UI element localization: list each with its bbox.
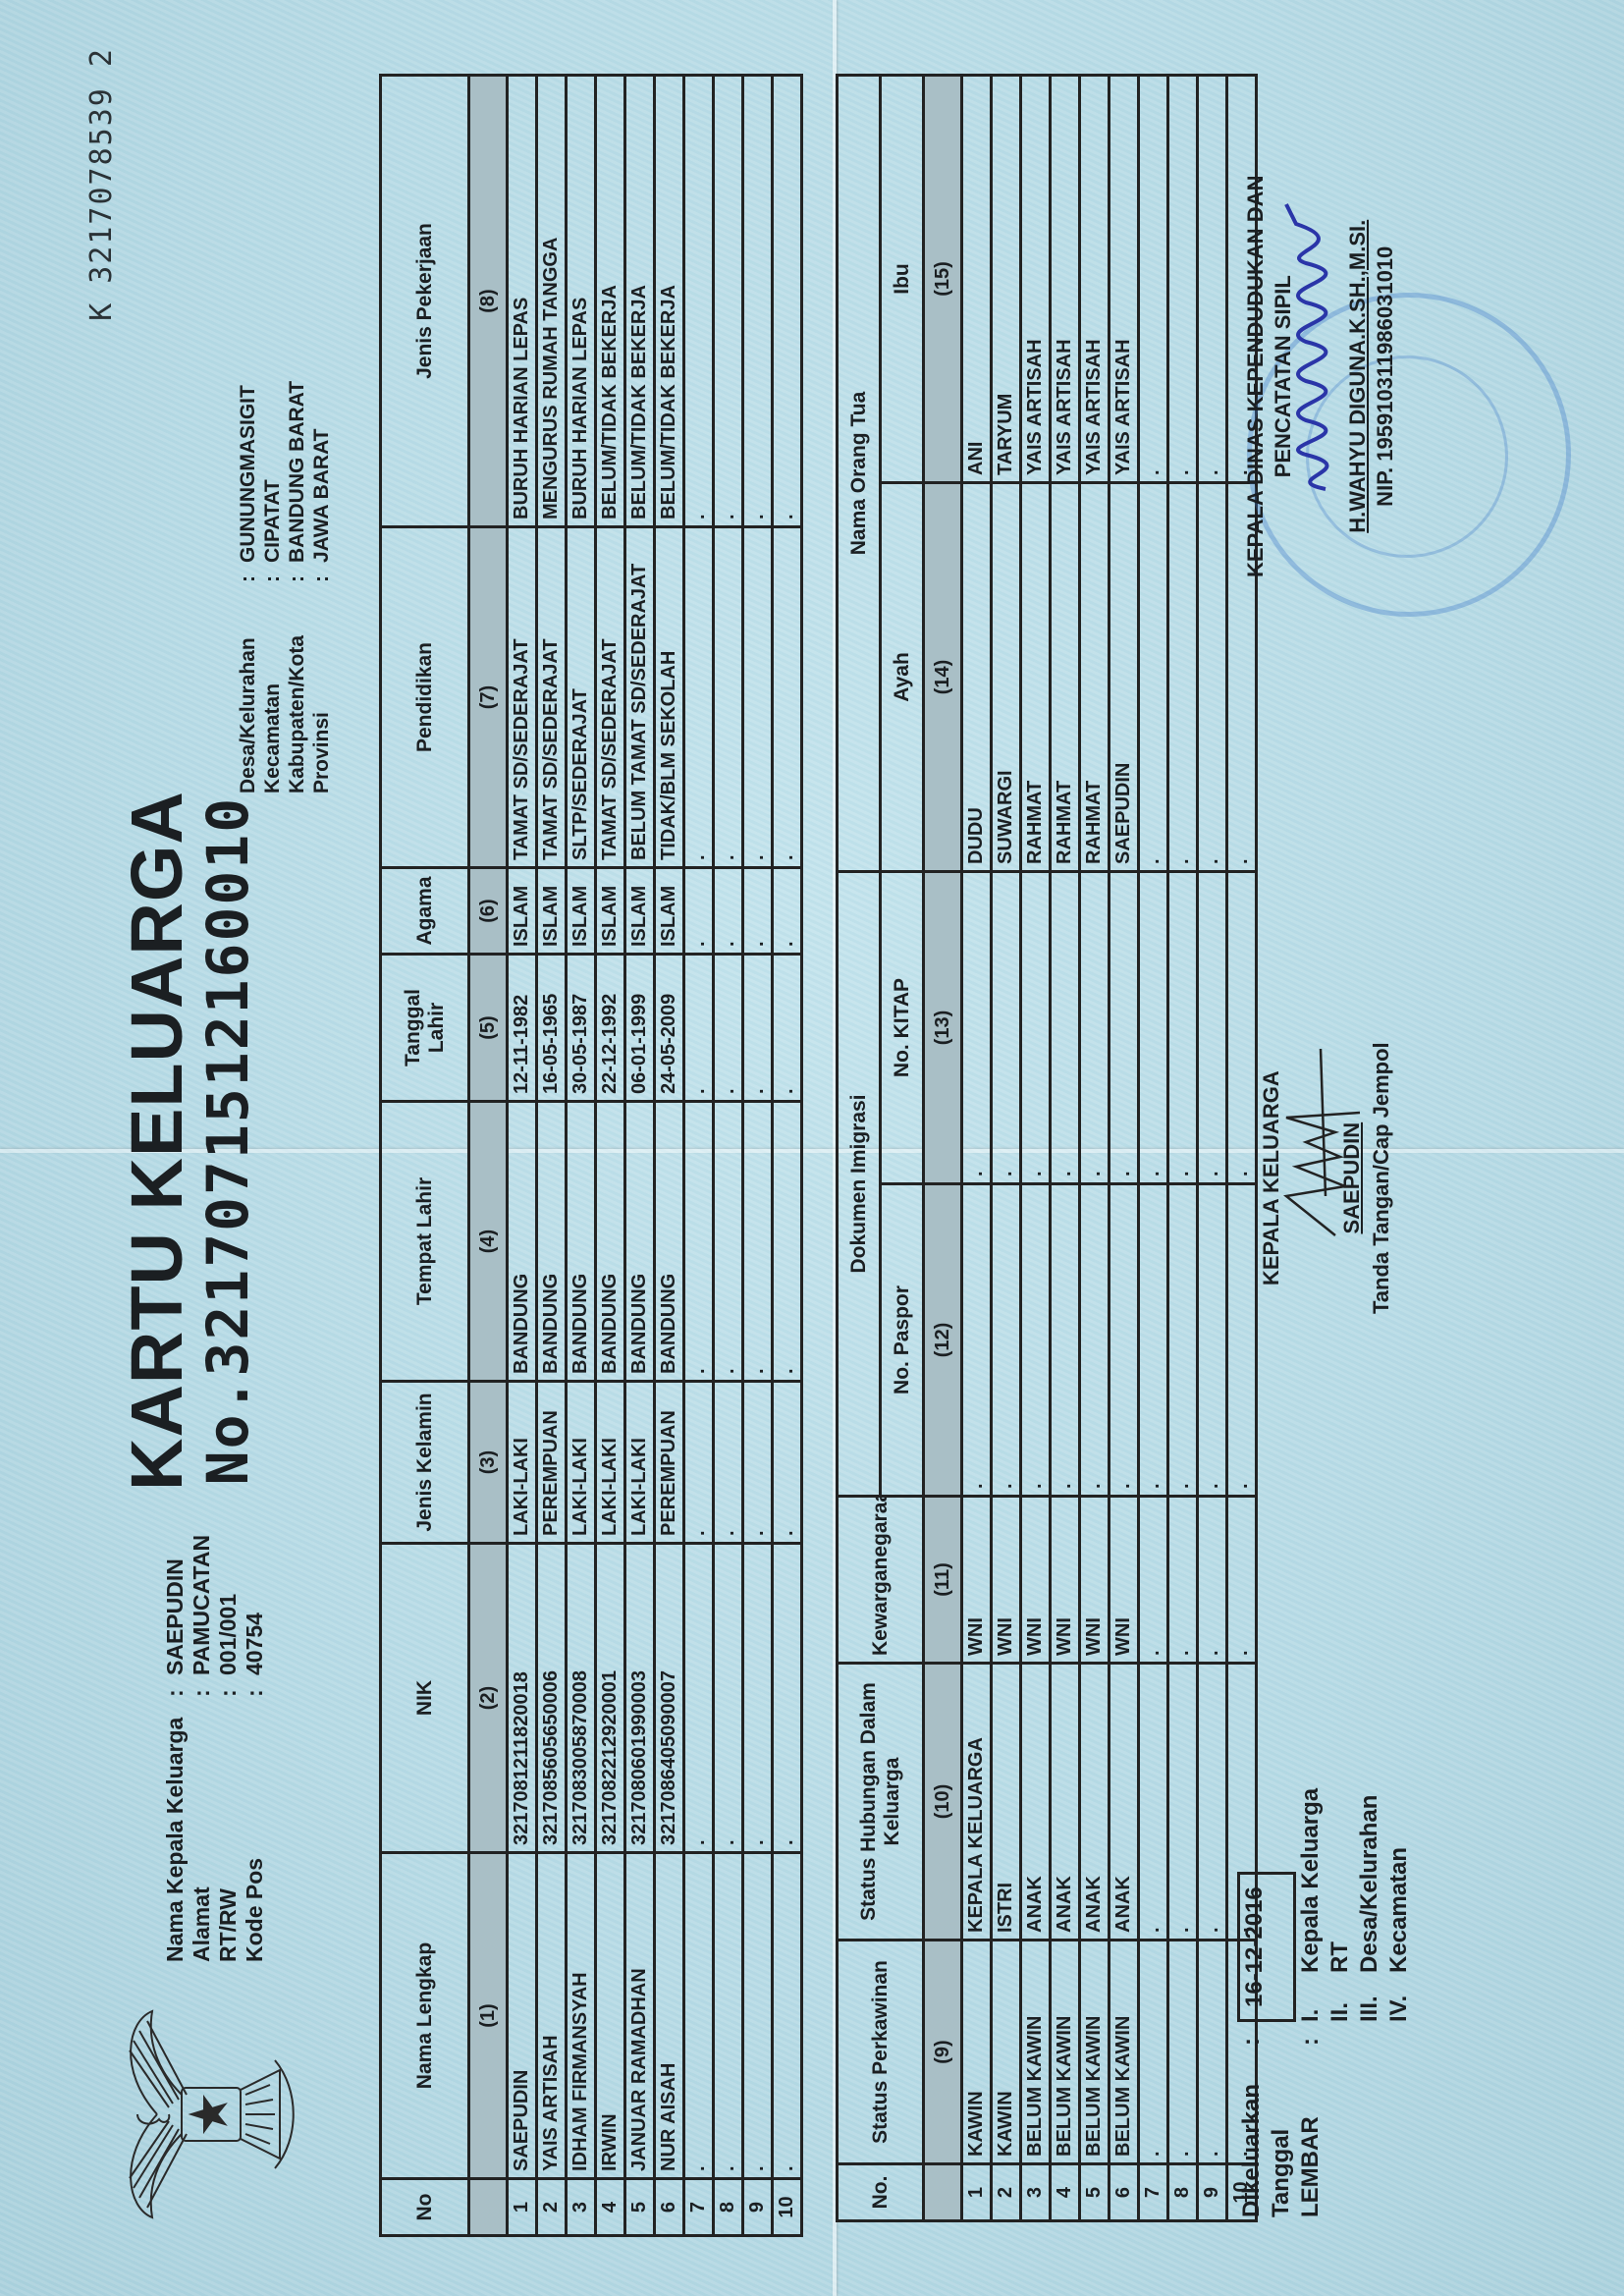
handwritten-signature-icon — [1267, 1029, 1375, 1255]
field-row: Kecamatan:CIPATAT — [260, 381, 285, 793]
table-row: 10........ — [773, 76, 802, 2236]
row-number: 9 — [1198, 2164, 1227, 2221]
kitap-cell: . — [1051, 872, 1080, 1184]
family-relation-cell: ANAK — [1080, 1664, 1110, 1941]
row-number: 5 — [1080, 2164, 1110, 2221]
birthdate-cell: . — [714, 955, 743, 1102]
table-row: 1SAEPUDIN3217081211820018LAKI-LAKIBANDUN… — [508, 76, 537, 2236]
table-row: 6BELUM KAWINANAKWNI..SAEPUDINYAIS ARTISA… — [1110, 75, 1139, 2220]
father-name-cell: DUDU — [962, 483, 992, 872]
mother-name-cell: YAIS ARTISAH — [1021, 75, 1051, 482]
father-name-cell: . — [1198, 483, 1227, 872]
religion-cell: ISLAM — [655, 868, 684, 955]
nik-cell: 3217086405090007 — [655, 1544, 684, 1853]
row-number: 3 — [567, 2179, 596, 2236]
row-number: 9 — [743, 2179, 773, 2236]
family-relation-cell: . — [1168, 1664, 1198, 1941]
table-row: 4IRWIN3217082212920001LAKI-LAKIBANDUNG22… — [596, 76, 625, 2236]
table-row: 7....... — [1139, 75, 1168, 2220]
table-header-row: No Nama Lengkap NIK Jenis Kelamin Tempat… — [381, 76, 469, 2236]
religion-cell: ISLAM — [508, 868, 537, 955]
passport-cell: . — [1051, 1184, 1080, 1497]
birthplace-cell: BANDUNG — [625, 1102, 655, 1382]
family-relation-cell: . — [1198, 1664, 1227, 1941]
religion-cell: ISLAM — [567, 868, 596, 955]
full-name-cell: . — [743, 1853, 773, 2179]
serial-number: K3217078539 2 — [84, 47, 119, 321]
birthplace-cell: BANDUNG — [655, 1102, 684, 1382]
head-name-value: SAEPUDIN — [162, 1558, 189, 1675]
citizenship-cell: WNI — [1051, 1497, 1080, 1664]
kitap-cell: . — [992, 872, 1021, 1184]
occupation-cell: . — [714, 76, 743, 527]
education-cell: TIDAK/BLM SEKOLAH — [655, 527, 684, 868]
family-relation-cell: ANAK — [1110, 1664, 1139, 1941]
row-number: 8 — [714, 2179, 743, 2236]
issued-date-row: Dikeluarkan Tanggal: 16-12-2016 — [1237, 1788, 1296, 2217]
mother-name-cell: YAIS ARTISAH — [1080, 75, 1110, 482]
marital-status-cell: KAWIN — [992, 1941, 1021, 2164]
citizenship-cell: . — [1198, 1497, 1227, 1664]
gender-cell: . — [684, 1382, 714, 1544]
lembar-row: II.RT — [1326, 1788, 1355, 2217]
family-members-table: No Nama Lengkap NIK Jenis Kelamin Tempat… — [379, 74, 803, 2237]
passport-cell: . — [1110, 1184, 1139, 1497]
full-name-cell: NUR AISAH — [655, 1853, 684, 2179]
passport-cell: . — [1080, 1184, 1110, 1497]
religion-cell: . — [773, 868, 802, 955]
field-row: Kode Pos:40754 — [242, 1535, 268, 1962]
table-row: 8....... — [1168, 75, 1198, 2220]
region-info: Desa/Kelurahan:GUNUNGMASIGIT Kecamatan:C… — [236, 381, 334, 793]
document-title-block: KARTU KELUARGA No.3217071512160010 — [118, 791, 259, 1491]
birthdate-cell: 16-05-1965 — [537, 955, 567, 1102]
table-row: 4BELUM KAWINANAKWNI..RAHMATYAIS ARTISAH — [1051, 75, 1080, 2220]
official-signature-icon — [1267, 185, 1375, 499]
kitap-cell: . — [1110, 872, 1139, 1184]
marital-status-cell: BELUM KAWIN — [1021, 1941, 1051, 2164]
family-relation-cell: . — [1139, 1664, 1168, 1941]
occupation-cell: . — [743, 76, 773, 527]
father-name-cell: RAHMAT — [1051, 483, 1080, 872]
field-row: Provinsi:JAWA BARAT — [309, 381, 334, 793]
citizenship-cell: . — [1227, 1497, 1257, 1664]
citizenship-cell: WNI — [1110, 1497, 1139, 1664]
row-number: 3 — [1021, 2164, 1051, 2221]
birthplace-cell: . — [714, 1102, 743, 1382]
table-row: 8........ — [714, 76, 743, 2236]
birthdate-cell: 30-05-1987 — [567, 955, 596, 1102]
citizenship-cell: WNI — [962, 1497, 992, 1664]
gender-cell: . — [743, 1382, 773, 1544]
field-row: Desa/Kelurahan:GUNUNGMASIGIT — [236, 381, 260, 793]
row-number: 7 — [1139, 2164, 1168, 2221]
lembar-row: LEMBAR:I.Kepala Keluarga — [1296, 1788, 1326, 2217]
gender-cell: LAKI-LAKI — [567, 1382, 596, 1544]
row-number: 8 — [1168, 2164, 1198, 2221]
passport-cell: . — [1139, 1184, 1168, 1497]
kitap-cell: . — [1139, 872, 1168, 1184]
field-row: RT/RW:001/001 — [215, 1535, 242, 1962]
parents-group: Nama Orang Tua — [838, 75, 881, 871]
mother-name-cell: YAIS ARTISAH — [1051, 75, 1080, 482]
full-name-cell: JANUAR RAMADHAN — [625, 1853, 655, 2179]
gender-cell: . — [714, 1382, 743, 1544]
column-number-row: (1) (2) (3) (4) (5) (6) (7) (8) — [469, 76, 508, 2236]
father-name-cell: RAHMAT — [1021, 483, 1051, 872]
education-cell: . — [714, 527, 743, 868]
education-cell: TAMAT SD/SEDERAJAT — [508, 527, 537, 868]
religion-cell: . — [743, 868, 773, 955]
full-name-cell: . — [714, 1853, 743, 2179]
full-name-cell: IDHAM FIRMANSYAH — [567, 1853, 596, 2179]
family-relation-cell: ANAK — [1051, 1664, 1080, 1941]
citizenship-cell: WNI — [1021, 1497, 1051, 1664]
kitap-cell: . — [1198, 872, 1227, 1184]
immigration-docs-group: Dokumen Imigrasi — [838, 872, 881, 1497]
passport-cell: . — [1168, 1184, 1198, 1497]
mother-name-cell: . — [1139, 75, 1168, 482]
row-number: 4 — [1051, 2164, 1080, 2221]
table-row: 1KAWINKEPALA KELUARGAWNI..DUDUANI — [962, 75, 992, 2220]
kitap-cell: . — [1227, 872, 1257, 1184]
education-cell: . — [684, 527, 714, 868]
occupation-cell: . — [773, 76, 802, 527]
row-number: 2 — [992, 2164, 1021, 2221]
birthdate-cell: 22-12-1992 — [596, 955, 625, 1102]
mother-name-cell: TARYUM — [992, 75, 1021, 482]
birthplace-cell: . — [684, 1102, 714, 1382]
full-name-cell: YAIS ARTISAH — [537, 1853, 567, 2179]
row-number: 6 — [655, 2179, 684, 2236]
passport-cell: . — [992, 1184, 1021, 1497]
field-row: Alamat:PAMUCATAN — [189, 1535, 215, 1962]
occupation-cell: . — [684, 76, 714, 527]
birthplace-cell: BANDUNG — [596, 1102, 625, 1382]
full-name-cell: IRWIN — [596, 1853, 625, 2179]
passport-cell: . — [962, 1184, 992, 1497]
row-number: 7 — [684, 2179, 714, 2236]
table-row: 9........ — [743, 76, 773, 2236]
religion-cell: ISLAM — [596, 868, 625, 955]
gender-cell: LAKI-LAKI — [596, 1382, 625, 1544]
row-number: 4 — [596, 2179, 625, 2236]
birthdate-cell: . — [684, 955, 714, 1102]
family-status-table: No. Status Perkawinan Status Hubungan Da… — [836, 74, 1258, 2222]
official-nip: NIP. 195910311986031010 — [1372, 176, 1399, 577]
head-of-family-info: Nama Kepala Keluarga:SAEPUDIN Alamat:PAM… — [162, 1535, 268, 1962]
citizenship-cell: . — [1139, 1497, 1168, 1664]
gender-cell: PEREMPUAN — [655, 1382, 684, 1544]
birthplace-cell: BANDUNG — [537, 1102, 567, 1382]
table-row: 9....... — [1198, 75, 1227, 2220]
occupation-cell: BELUM/TIDAK BEKERJA — [625, 76, 655, 527]
nik-cell: . — [773, 1544, 802, 1853]
birthdate-cell: 24-05-2009 — [655, 955, 684, 1102]
religion-cell: . — [684, 868, 714, 955]
education-cell: TAMAT SD/SEDERAJAT — [596, 527, 625, 868]
family-relation-cell: ISTRI — [992, 1664, 1021, 1941]
table-row: 5BELUM KAWINANAKWNI..RAHMATYAIS ARTISAH — [1080, 75, 1110, 2220]
marital-status-cell: BELUM KAWIN — [1110, 1941, 1139, 2164]
marital-status-cell: KAWIN — [962, 1941, 992, 2164]
passport-cell: . — [1227, 1184, 1257, 1497]
nik-cell: 3217082212920001 — [596, 1544, 625, 1853]
mother-name-cell: YAIS ARTISAH — [1110, 75, 1139, 482]
family-card-document: K3217078539 2 Nama Kepala Keluarga:SAEPU… — [0, 0, 1624, 2296]
full-name-cell: . — [684, 1853, 714, 2179]
family-relation-cell: KEPALA KELUARGA — [962, 1664, 992, 1941]
document-title: KARTU KELUARGA — [118, 791, 196, 1491]
gender-cell: LAKI-LAKI — [508, 1382, 537, 1544]
full-name-cell: SAEPUDIN — [508, 1853, 537, 2179]
row-number: 6 — [1110, 2164, 1139, 2221]
birthdate-cell: . — [743, 955, 773, 1102]
nik-cell: . — [684, 1544, 714, 1853]
religion-cell: . — [714, 868, 743, 955]
lembar-row: IV.Kecamatan — [1384, 1788, 1414, 2217]
occupation-cell: BURUH HARIAN LEPAS — [508, 76, 537, 527]
rtrw-value: 001/001 — [215, 1594, 242, 1675]
passport-cell: . — [1198, 1184, 1227, 1497]
education-cell: TAMAT SD/SEDERAJAT — [537, 527, 567, 868]
education-cell: BELUM TAMAT SD/SEDERAJAT — [625, 527, 655, 868]
citizenship-cell: WNI — [1080, 1497, 1110, 1664]
father-name-cell: SAEPUDIN — [1110, 483, 1139, 872]
religion-cell: ISLAM — [537, 868, 567, 955]
lembar-row: III.Desa/Kelurahan — [1355, 1788, 1384, 2217]
nik-cell: 3217085605650006 — [537, 1544, 567, 1853]
row-number: 1 — [508, 2179, 537, 2236]
table-row: 2KAWINISTRIWNI..SUWARGITARYUM — [992, 75, 1021, 2220]
occupation-cell: BELUM/TIDAK BEKERJA — [655, 76, 684, 527]
father-name-cell: . — [1139, 483, 1168, 872]
gender-cell: LAKI-LAKI — [625, 1382, 655, 1544]
birthplace-cell: . — [743, 1102, 773, 1382]
table-row: 2YAIS ARTISAH3217085605650006PEREMPUANBA… — [537, 76, 567, 2236]
education-cell: . — [773, 527, 802, 868]
kitap-cell: . — [1168, 872, 1198, 1184]
table-row: 6NUR AISAH3217086405090007PEREMPUANBANDU… — [655, 76, 684, 2236]
citizenship-cell: WNI — [992, 1497, 1021, 1664]
table-group-header-row: No. Status Perkawinan Status Hubungan Da… — [838, 75, 881, 2220]
family-relation-cell: ANAK — [1021, 1664, 1051, 1941]
gender-cell: PEREMPUAN — [537, 1382, 567, 1544]
birthplace-cell: BANDUNG — [567, 1102, 596, 1382]
mother-name-cell: . — [1168, 75, 1198, 482]
nik-cell: 3217080601990003 — [625, 1544, 655, 1853]
marital-status-cell: . — [1139, 1941, 1168, 2164]
birthdate-cell: . — [773, 955, 802, 1102]
birthplace-cell: BANDUNG — [508, 1102, 537, 1382]
nik-cell: 3217081211820018 — [508, 1544, 537, 1853]
table-row: 3IDHAM FIRMANSYAH3217083005870008LAKI-LA… — [567, 76, 596, 2236]
marital-status-cell: . — [1168, 1941, 1198, 2164]
head-of-family-signature-block: KEPALA KELUARGA SAEPUDIN Tanda Tangan/Ca… — [1257, 1042, 1396, 1314]
religion-cell: ISLAM — [625, 868, 655, 955]
issuance-info: Dikeluarkan Tanggal: 16-12-2016 LEMBAR:I… — [1237, 1788, 1414, 2217]
passport-cell: . — [1021, 1184, 1051, 1497]
marital-status-cell: . — [1198, 1941, 1227, 2164]
marital-status-cell: BELUM KAWIN — [1080, 1941, 1110, 2164]
father-name-cell: . — [1168, 483, 1198, 872]
father-name-cell: RAHMAT — [1080, 483, 1110, 872]
mother-name-cell: . — [1198, 75, 1227, 482]
issued-date: 16-12-2016 — [1237, 1872, 1296, 2022]
occupation-cell: BURUH HARIAN LEPAS — [567, 76, 596, 527]
birthplace-cell: . — [773, 1102, 802, 1382]
occupation-cell: MENGURUS RUMAH TANGGA — [537, 76, 567, 527]
education-cell: . — [743, 527, 773, 868]
document-number: No.3217071512160010 — [196, 791, 259, 1491]
table-row: 5JANUAR RAMADHAN3217080601990003LAKI-LAK… — [625, 76, 655, 2236]
postal-code-value: 40754 — [242, 1613, 268, 1675]
kitap-cell: . — [1080, 872, 1110, 1184]
gender-cell: . — [773, 1382, 802, 1544]
field-row: Kabupaten/Kota:BANDUNG BARAT — [285, 381, 309, 793]
birthdate-cell: 06-01-1999 — [625, 955, 655, 1102]
table-row: 7........ — [684, 76, 714, 2236]
table-row: 3BELUM KAWINANAKWNI..RAHMATYAIS ARTISAH — [1021, 75, 1051, 2220]
row-number: 2 — [537, 2179, 567, 2236]
marital-status-cell: BELUM KAWIN — [1051, 1941, 1080, 2164]
occupation-cell: BELUM/TIDAK BEKERJA — [596, 76, 625, 527]
field-row: Nama Kepala Keluarga:SAEPUDIN — [162, 1535, 189, 1962]
kitap-cell: . — [962, 872, 992, 1184]
mother-name-cell: ANI — [962, 75, 992, 482]
birthdate-cell: 12-11-1982 — [508, 955, 537, 1102]
kitap-cell: . — [1021, 872, 1051, 1184]
column-number-row: (9) (10) (11) (12) (13) (14) (15) — [924, 75, 962, 2220]
nik-cell: 3217083005870008 — [567, 1544, 596, 1853]
nik-cell: . — [743, 1544, 773, 1853]
garuda-emblem-icon — [98, 2001, 324, 2227]
father-name-cell: SUWARGI — [992, 483, 1021, 872]
citizenship-cell: . — [1168, 1497, 1198, 1664]
education-cell: SLTP/SEDERAJAT — [567, 527, 596, 868]
row-number: 10 — [773, 2179, 802, 2236]
row-number: 5 — [625, 2179, 655, 2236]
row-number: 1 — [962, 2164, 992, 2221]
full-name-cell: . — [773, 1853, 802, 2179]
address-value: PAMUCATAN — [189, 1535, 215, 1675]
official-signature-block: KEPALA DINAS KEPENDUDUKAN DAN PENCATATAN… — [1242, 176, 1399, 577]
nik-cell: . — [714, 1544, 743, 1853]
